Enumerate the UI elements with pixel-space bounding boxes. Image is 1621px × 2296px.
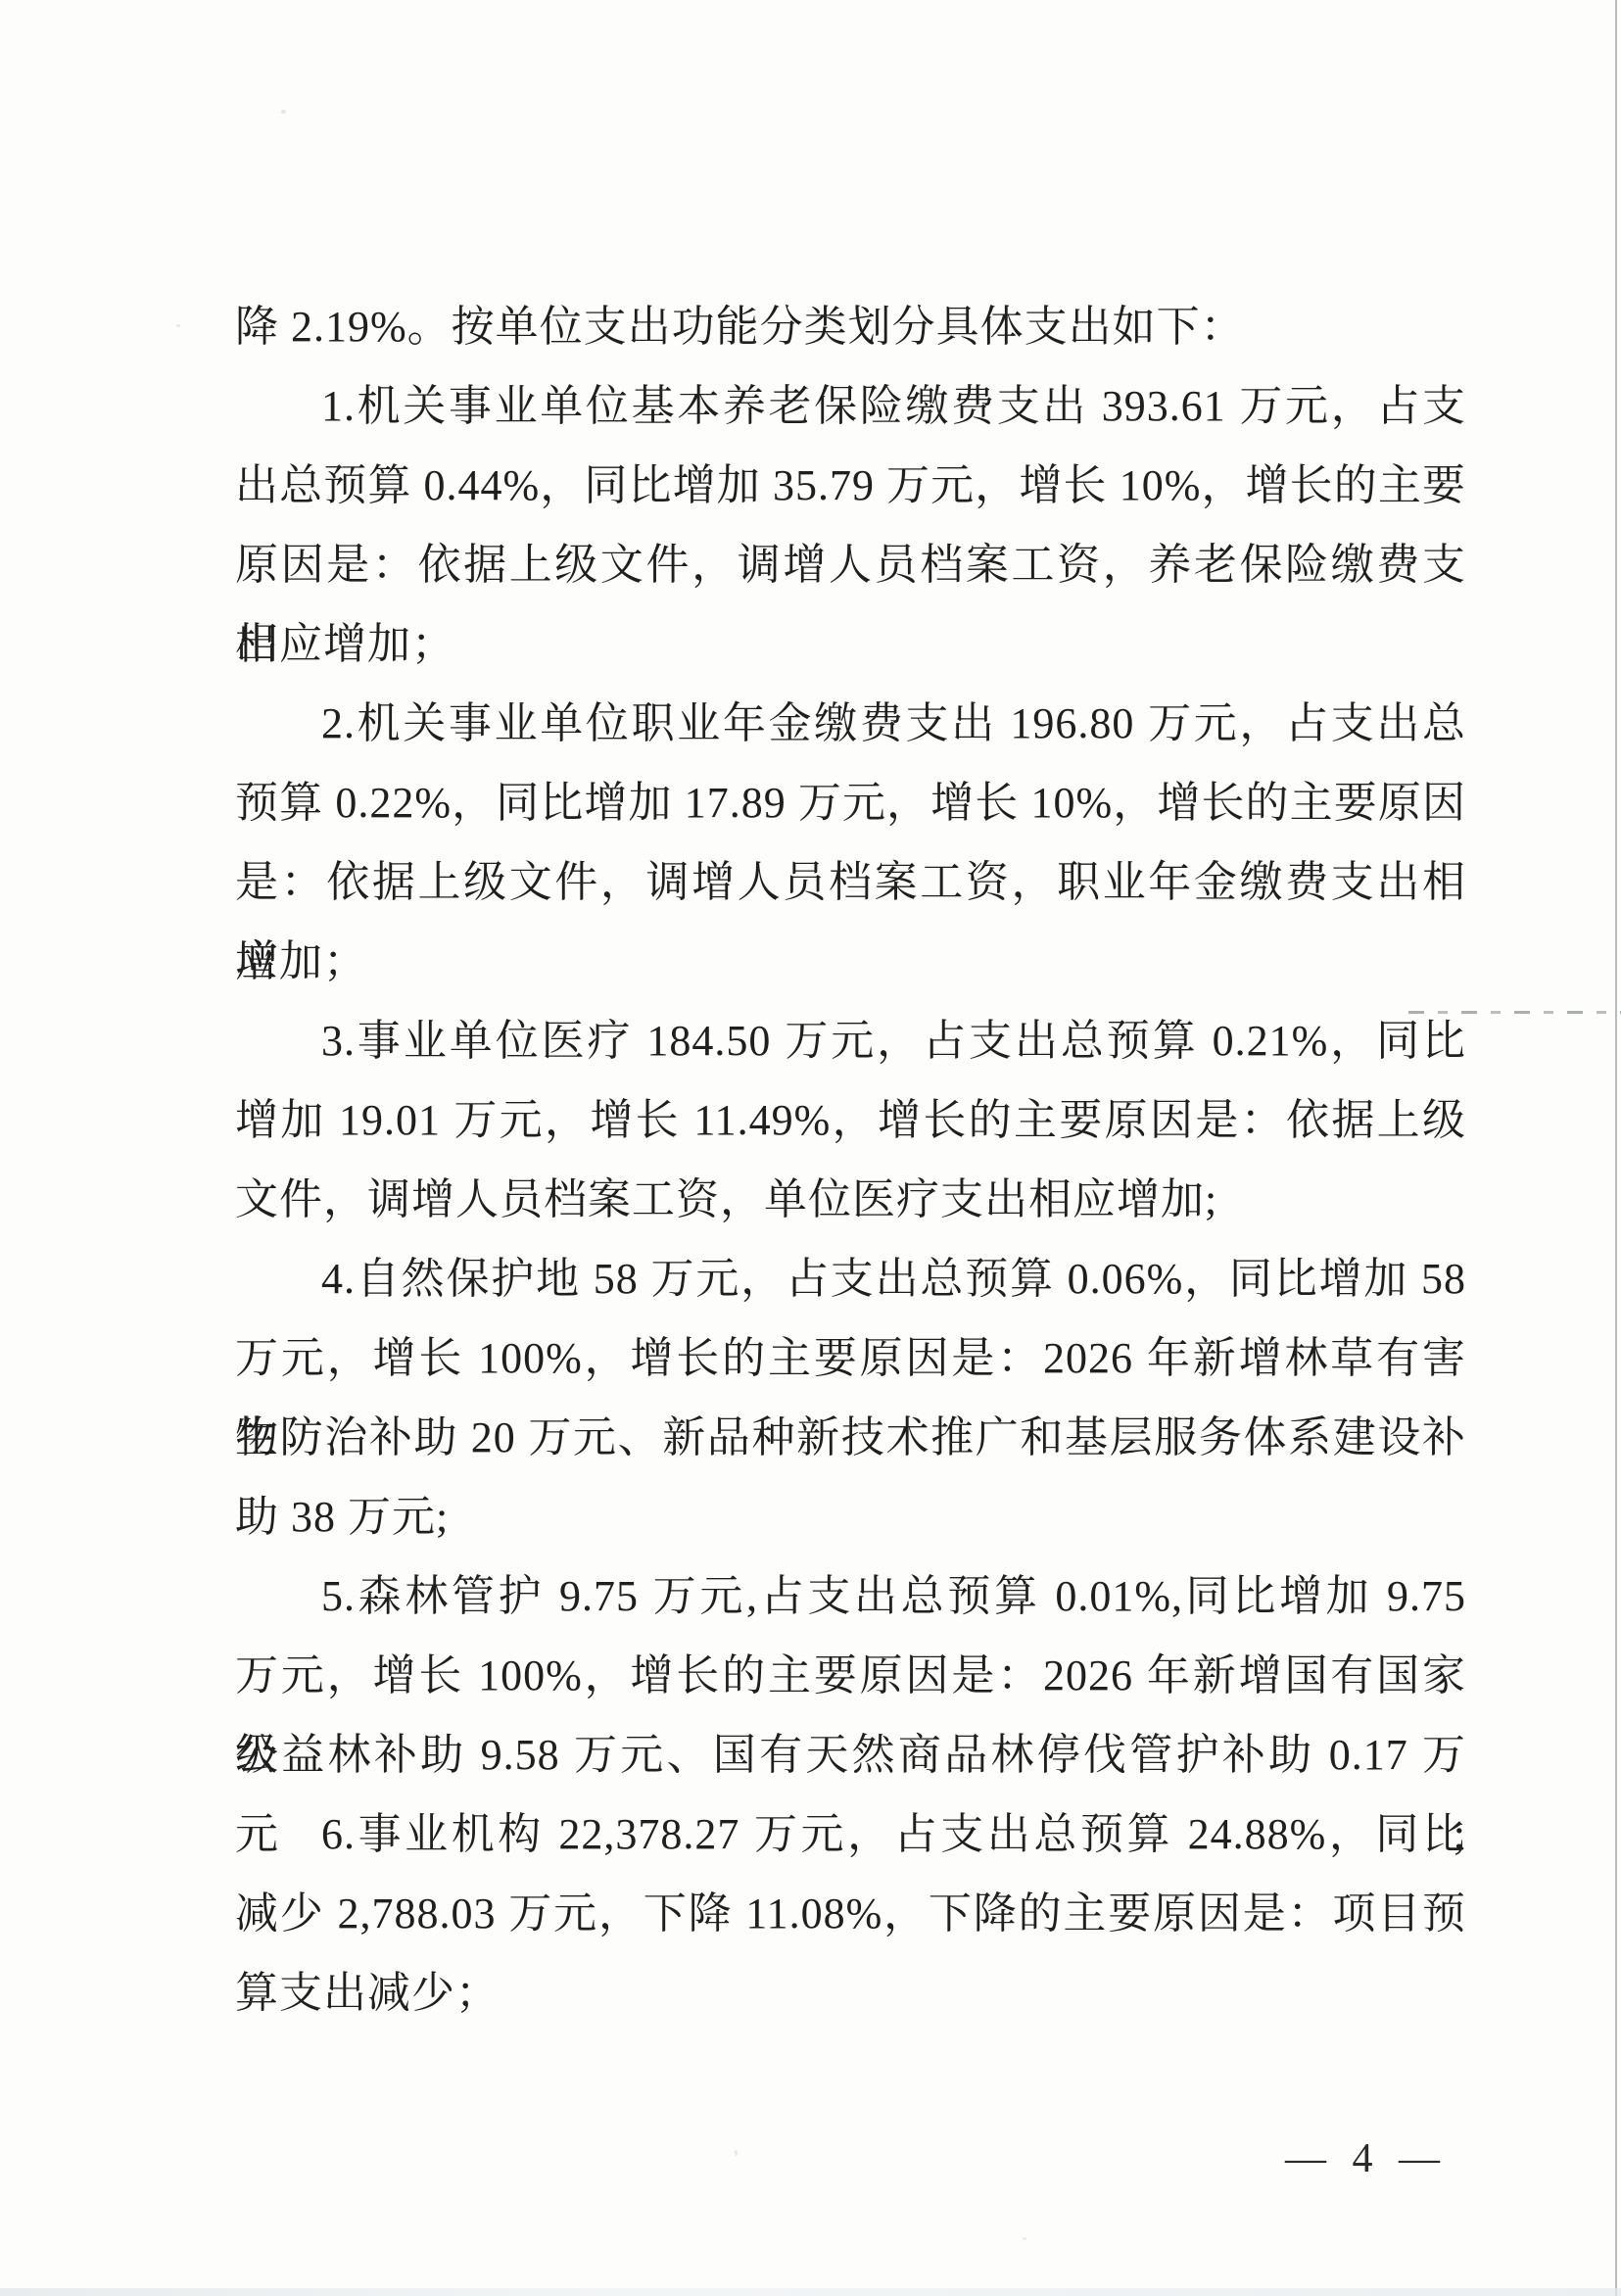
text-line: 是：依据上级文件，调增人员档案工资，职业年金缴费支出相应 [235, 842, 1466, 922]
scan-edge-line [1615, 0, 1617, 2296]
scan-speck [735, 2150, 738, 2156]
text-line: 物防治补助 20 万元、新品种新技术推广和基层服务体系建设补 [235, 1398, 1466, 1477]
scan-speck [176, 324, 180, 327]
text-line: 增加 19.01 万元，增长 11.49%，增长的主要原因是：依据上级 [235, 1080, 1466, 1160]
text-line: 3.事业单位医疗 184.50 万元，占支出总预算 0.21%，同比 [235, 1001, 1466, 1080]
scan-speck [1023, 2237, 1026, 2240]
scan-bottom-shadow [0, 2288, 1621, 2296]
text-line: 降 2.19%。按单位支出功能分类划分具体支出如下： [235, 287, 1466, 366]
text-line: 原因是：依据上级文件，调增人员档案工资，养老保险缴费支出 [235, 525, 1466, 604]
text-line: 1.机关事业单位基本养老保险缴费支出 393.61 万元，占支 [235, 366, 1466, 446]
page-number: — 4 — [1285, 2133, 1448, 2184]
text-line: 6.事业机构 22,378.27 万元，占支出总预算 24.88%，同比 [235, 1794, 1466, 1874]
scan-dash-artifact [1408, 1011, 1621, 1014]
text-line: 出总预算 0.44%，同比增加 35.79 万元，增长 10%，增长的主要 [235, 446, 1466, 525]
document-page: 降 2.19%。按单位支出功能分类划分具体支出如下： 1.机关事业单位基本养老保… [0, 0, 1621, 2296]
scan-speck [281, 110, 286, 114]
text-line: 相应增加； [235, 604, 1466, 684]
text-line: 算支出减少； [235, 1953, 1466, 2033]
text-line: 公益林补助 9.58 万元、国有天然商品林停伐管护补助 0.17 万元; [235, 1715, 1466, 1794]
text-line: 减少 2,788.03 万元，下降 11.08%，下降的主要原因是：项目预 [235, 1874, 1466, 1953]
text-line: 2.机关事业单位职业年金缴费支出 196.80 万元，占支出总 [235, 684, 1466, 763]
text-line: 预算 0.22%，同比增加 17.89 万元，增长 10%，增长的主要原因 [235, 763, 1466, 842]
text-line: 4.自然保护地 58 万元，占支出总预算 0.06%，同比增加 58 [235, 1239, 1466, 1318]
text-line: 万元，增长 100%，增长的主要原因是：2026 年新增林草有害生 [235, 1318, 1466, 1398]
text-line: 助 38 万元; [235, 1477, 1466, 1556]
text-line: 增加； [235, 922, 1466, 1001]
text-line: 文件，调增人员档案工资，单位医疗支出相应增加; [235, 1160, 1466, 1239]
text-line: 5.森林管护 9.75 万元,占支出总预算 0.01%,同比增加 9.75 [235, 1556, 1466, 1636]
text-line: 万元，增长 100%，增长的主要原因是：2026 年新增国有国家级 [235, 1636, 1466, 1715]
document-body: 降 2.19%。按单位支出功能分类划分具体支出如下： 1.机关事业单位基本养老保… [235, 287, 1466, 2033]
